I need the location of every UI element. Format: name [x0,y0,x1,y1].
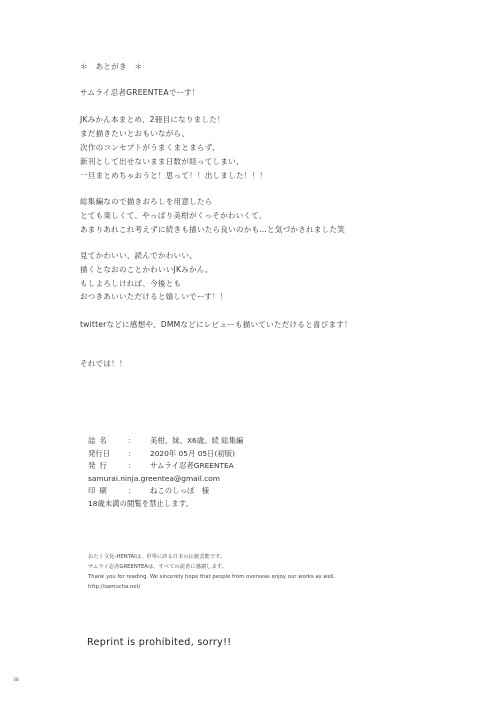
colophon-title-row: 誌名：美柑、妹、X6歳。続 総集編 [88,436,243,446]
afterword-line: サムライ忍者GREENTEAでーす！ [80,88,200,98]
afterword-line: おつきあいいただけると嬉しいでーす！！ [80,292,228,302]
colophon-value: サムライ忍者GREENTEA [150,461,234,470]
afterword-line: 一旦まとめちゃおうと！思って！！出しました！！！ [80,171,267,181]
afterword-line: 次作のコンセプトがうまくまとまらず、 [80,143,220,153]
colophon-publisher-row: 発行：サムライ忍者GREENTEA [88,461,234,471]
afterword-line: それでは！！ [80,359,127,369]
age-restriction-notice: 18歳未満の閲覧を禁止します。 [88,499,193,509]
colophon-email: samurai.ninja.greentea@gmail.com [88,474,220,484]
afterword-line: あまりあれこれ考えずに続きも描いたら良いのかも…と気づかされました笑 [80,225,345,235]
afterword-line: まだ描きたいとおもいながら、 [80,129,189,139]
reprint-notice: Reprint is prohibited, sorry!! [87,637,231,649]
afterword-line: 新刊として出せないまま日数が経ってしまい、 [80,157,244,167]
colophon-value: 2020年 05月 05日(初版) [150,449,235,458]
afterword-heading: ＊ あとがき ＊ [80,62,142,72]
website-link[interactable]: http://samucha.net/ [88,583,140,591]
colophon-label: 発行日 [88,449,128,459]
afterword-line: とても楽しくて、やっぱり美柑がくっそかわいくて、 [80,211,267,221]
book-page: ＊ あとがき ＊ サムライ忍者GREENTEAでーす！ JKみかん本まとめ、2冊… [0,0,500,706]
afterword-line: 見てかわいい、読んでかわいい、 [80,251,197,261]
afterword-line: もしよろしければ、今後とも [80,279,181,289]
page-number: 38 [13,678,19,683]
afterword-line: 総集編なので描きおろしを用意したら [80,197,213,207]
afterword-line: 描くとなおのことかわいいJKみかん。 [80,265,213,275]
colophon-label: 誌名 [88,436,128,446]
afterword-line: JKみかん本まとめ、2冊目になりました！ [80,115,225,125]
colophon-value: ねこのしっぽ 様 [150,486,209,495]
colophon-label: 印刷 [88,486,128,496]
colophon-value: 美柑、妹、X6歳。続 総集編 [150,436,243,445]
afterword-line: twitterなどに感想や、DMMなどにレビューも描いていただけると喜びます！ [80,320,352,330]
colophon-date-row: 発行日：2020年 05月 05日(初版) [88,449,235,459]
note-line: サムライ忍者GREENTEAは、すべての読者に感謝します。 [88,563,227,571]
note-line: Thank you for reading. We sincerely hope… [88,573,335,581]
colophon-label: 発行 [88,461,128,471]
note-line: おたく文化-HENTAIは、世界に誇る日本の伝統芸能です。 [88,553,225,561]
colophon-printer-row: 印刷：ねこのしっぽ 様 [88,486,209,496]
